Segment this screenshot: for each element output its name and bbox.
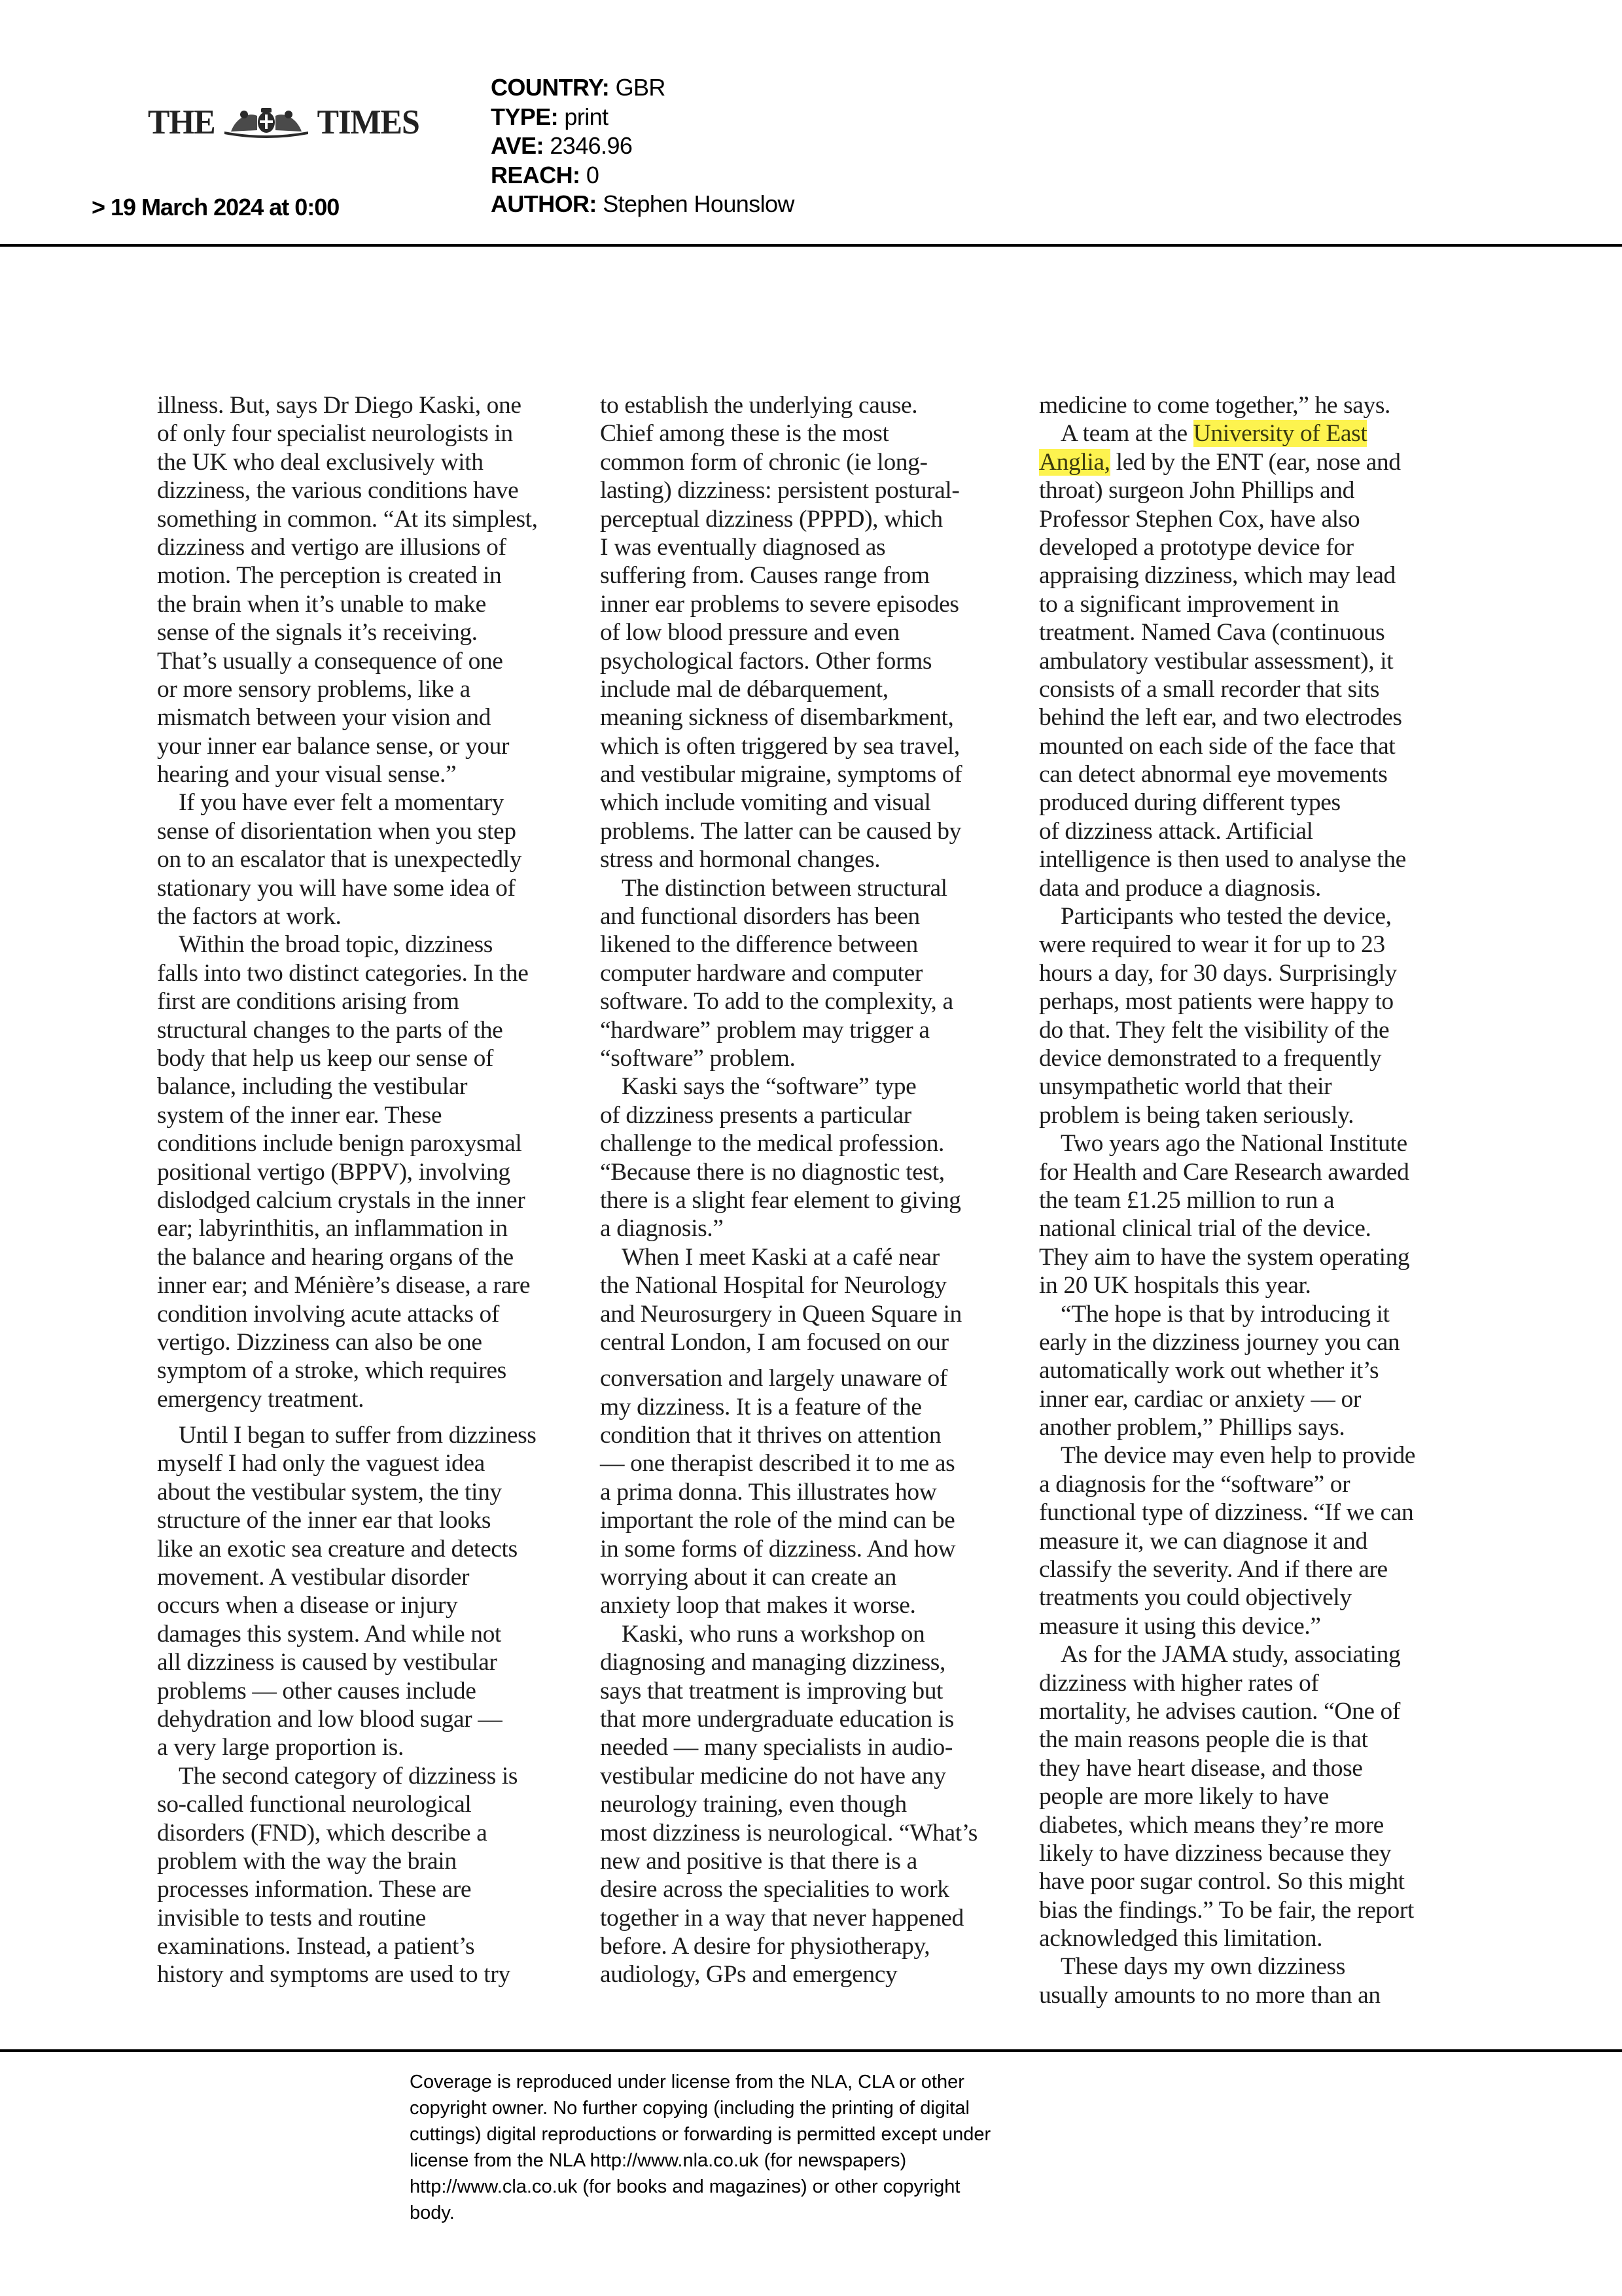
article-text-line: functional type of dizziness. “If we can <box>1039 1498 1471 1527</box>
article-text-line: “Because there is no diagnostic test, <box>600 1158 1032 1186</box>
article-text-line: conditions include benign paroxysmal <box>157 1129 589 1157</box>
article-text-line: a diagnosis.” <box>600 1214 1032 1243</box>
text-run: first are conditions arising from <box>157 988 459 1015</box>
text-run: structure of the inner ear that looks <box>157 1507 491 1534</box>
text-run: condition involving acute attacks of <box>157 1301 499 1328</box>
text-run: or more sensory problems, like a <box>157 676 470 703</box>
text-run: stationary you will have some idea of <box>157 875 516 902</box>
text-run: for Health and Care Research awarded <box>1039 1159 1409 1186</box>
text-run: software. To add to the complexity, a <box>600 988 953 1015</box>
text-run: the National Hospital for Neurology <box>600 1272 947 1299</box>
text-run: the team £1.25 million to run a <box>1039 1187 1334 1214</box>
text-run: all dizziness is caused by vestibular <box>157 1649 497 1676</box>
article-text-line: When I meet Kaski at a café near <box>600 1243 1032 1271</box>
article-text-line: the balance and hearing organs of the <box>157 1243 589 1271</box>
article-text-line: do that. They felt the visibility of the <box>1039 1016 1471 1044</box>
article-text-line: they have heart disease, and those <box>1039 1754 1471 1782</box>
article-text-line: can detect abnormal eye movements <box>1039 760 1471 788</box>
text-run: dehydration and low blood sugar — <box>157 1706 502 1733</box>
text-run: — one therapist described it to me as <box>600 1450 955 1477</box>
article-text-line: early in the dizziness journey you can <box>1039 1328 1471 1356</box>
article-text-line: automatically work out whether it’s <box>1039 1356 1471 1385</box>
article-text-line: classify the severity. And if there are <box>1039 1555 1471 1583</box>
article-text-line: common form of chronic (ie long- <box>600 448 1032 476</box>
article-text-line: unsympathetic world that their <box>1039 1072 1471 1101</box>
copyright-line: license from the NLA http://www.nla.co.u… <box>410 2147 1129 2174</box>
paragraph-gap <box>600 1356 1032 1364</box>
article-text-line: If you have ever felt a momentary <box>157 788 589 817</box>
text-run: of low blood pressure and even <box>600 619 900 646</box>
text-run: Participants who tested the device, <box>1061 903 1392 930</box>
text-run: so-called functional neurological <box>157 1791 471 1818</box>
article-text-line: to a significant improvement in <box>1039 590 1471 618</box>
article-text-line: system of the inner ear. These <box>157 1101 589 1129</box>
article-text-line: to establish the underlying cause. <box>600 391 1032 419</box>
text-run: conditions include benign paroxysmal <box>157 1130 521 1157</box>
text-run: meaning sickness of disembarkment, <box>600 704 953 731</box>
text-run: processes information. These are <box>157 1876 471 1903</box>
text-run: sense of the signals it’s receiving. <box>157 619 478 646</box>
text-run: early in the dizziness journey you can <box>1039 1329 1400 1356</box>
text-run: new and positive is that there is a <box>600 1848 917 1875</box>
article-text-line: Kaski, who runs a workshop on <box>600 1620 1032 1648</box>
article-text-line: of only four specialist neurologists in <box>157 419 589 448</box>
text-run: When I meet Kaski at a café near <box>622 1244 940 1271</box>
article-text-line: software. To add to the complexity, a <box>600 987 1032 1016</box>
text-run: problem is being taken seriously. <box>1039 1102 1354 1129</box>
text-run: people are more likely to have <box>1039 1783 1329 1810</box>
text-run: A team at the <box>1061 420 1193 447</box>
article-text-line: A team at the University of East <box>1039 419 1471 448</box>
publication-date: > 19 March 2024 at 0:00 <box>92 194 339 221</box>
text-run: system of the inner ear. These <box>157 1102 442 1129</box>
article-text-line: developed a prototype device for <box>1039 533 1471 561</box>
text-run: inner ear, cardiac or anxiety — or <box>1039 1386 1361 1413</box>
article-text-line: bias the findings.” To be fair, the repo… <box>1039 1896 1471 1924</box>
masthead-word-the: THE <box>148 105 215 139</box>
article-text-line: inner ear; and Ménière’s disease, a rare <box>157 1271 589 1299</box>
article-text-line: The distinction between structural <box>600 874 1032 902</box>
text-run: together in a way that never happened <box>600 1905 964 1932</box>
text-run: The second category of dizziness is <box>179 1763 518 1790</box>
article-text-line: the factors at work. <box>157 902 589 930</box>
article-text-line: movement. A vestibular disorder <box>157 1563 589 1591</box>
article-text-line: motion. The perception is created in <box>157 561 589 590</box>
article-text-line: acknowledged this limitation. <box>1039 1924 1471 1952</box>
text-run: acknowledged this limitation. <box>1039 1925 1322 1952</box>
text-run: anxiety loop that makes it worse. <box>600 1592 916 1619</box>
article-text-line: about the vestibular system, the tiny <box>157 1478 589 1506</box>
text-run: ear; labyrinthitis, an inflammation in <box>157 1215 508 1242</box>
article-text-line: lasting) dizziness: persistent postural- <box>600 476 1032 504</box>
text-run: developed a prototype device for <box>1039 534 1354 561</box>
text-run: the UK who deal exclusively with <box>157 449 484 476</box>
text-run: on to an escalator that is unexpectedly <box>157 846 521 873</box>
highlighted-text: Anglia, <box>1039 449 1110 476</box>
article-text-line: says that treatment is improving but <box>600 1677 1032 1705</box>
article-text-line: meaning sickness of disembarkment, <box>600 703 1032 732</box>
article-text-line: or more sensory problems, like a <box>157 675 589 703</box>
article-text-line: condition involving acute attacks of <box>157 1300 589 1328</box>
article-text-line: of dizziness attack. Artificial <box>1039 817 1471 845</box>
article-text-line: first are conditions arising from <box>157 987 589 1016</box>
article-text-line: structure of the inner ear that looks <box>157 1506 589 1534</box>
article-text-line: computer hardware and computer <box>600 959 1032 987</box>
meta-label: AUTHOR: <box>491 190 597 217</box>
article-text-line: something in common. “At its simplest, <box>157 505 589 533</box>
text-run: illness. But, says Dr Diego Kaski, one <box>157 392 521 419</box>
text-run: dizziness and vertigo are illusions of <box>157 534 506 561</box>
text-run: positional vertigo (BPPV), involving <box>157 1159 510 1186</box>
text-run: If you have ever felt a momentary <box>179 789 504 816</box>
article-text-line: challenge to the medical profession. <box>600 1129 1032 1157</box>
article-text-line: central London, I am focused on our <box>600 1328 1032 1356</box>
text-run: before. A desire for physiotherapy, <box>600 1933 930 1960</box>
article-text-line: treatments you could objectively <box>1039 1583 1471 1612</box>
text-run: That’s usually a consequence of one <box>157 648 503 675</box>
text-run: Within the broad topic, dizziness <box>179 931 493 958</box>
article-text-line: — one therapist described it to me as <box>600 1449 1032 1477</box>
article-text-line: all dizziness is caused by vestibular <box>157 1648 589 1676</box>
text-run: my dizziness. It is a feature of the <box>600 1394 922 1421</box>
article-text-line: likely to have dizziness because they <box>1039 1839 1471 1867</box>
article-text-line: history and symptoms are used to try <box>157 1960 589 1988</box>
article-text-line: stress and hormonal changes. <box>600 845 1032 874</box>
article-text-line: emergency treatment. <box>157 1385 589 1413</box>
text-run: stress and hormonal changes. <box>600 846 880 873</box>
text-run: dislodged calcium crystals in the inner <box>157 1187 525 1214</box>
article-text-line: of dizziness presents a particular <box>600 1101 1032 1129</box>
text-run: bias the findings.” To be fair, the repo… <box>1039 1897 1414 1924</box>
text-run: likened to the difference between <box>600 931 918 958</box>
text-run: which is often triggered by sea travel, <box>600 733 960 760</box>
text-run: myself I had only the vaguest idea <box>157 1450 485 1477</box>
article-text-line: throat) surgeon John Phillips and <box>1039 476 1471 504</box>
text-run: problems. The latter can be caused by <box>600 818 961 845</box>
text-run: in 20 UK hospitals this year. <box>1039 1272 1311 1299</box>
article-text-line: dizziness with higher rates of <box>1039 1669 1471 1697</box>
text-run: says that treatment is improving but <box>600 1678 943 1704</box>
meta-label: AVE: <box>491 132 544 159</box>
text-run: include mal de débarquement, <box>600 676 889 703</box>
article-text-line: desire across the specialities to work <box>600 1875 1032 1903</box>
article-text-line: a diagnosis for the “software” or <box>1039 1470 1471 1498</box>
text-run: another problem,” Phillips says. <box>1039 1414 1345 1441</box>
text-run: the balance and hearing organs of the <box>157 1244 514 1271</box>
article-text-line: sense of the signals it’s receiving. <box>157 618 589 646</box>
article-text-line: produced during different types <box>1039 788 1471 817</box>
text-run: symptom of a stroke, which requires <box>157 1357 506 1384</box>
article-text-line: These days my own dizziness <box>1039 1952 1471 1981</box>
text-run: data and produce a diagnosis. <box>1039 875 1321 902</box>
text-run: that more undergraduate education is <box>600 1706 954 1733</box>
article-text-line: which is often triggered by sea travel, <box>600 732 1032 760</box>
text-run: perceptual dizziness (PPPD), which <box>600 506 943 533</box>
article-text-line: condition that it thrives on attention <box>600 1421 1032 1449</box>
article-text-line: before. A desire for physiotherapy, <box>600 1932 1032 1960</box>
text-run: dizziness with higher rates of <box>1039 1670 1318 1697</box>
text-run: to a significant improvement in <box>1039 591 1339 618</box>
article-text-line: Participants who tested the device, <box>1039 902 1471 930</box>
article-text-line: anxiety loop that makes it worse. <box>600 1591 1032 1619</box>
article-text-line: As for the JAMA study, associating <box>1039 1640 1471 1669</box>
text-run: functional type of dizziness. “If we can <box>1039 1499 1413 1526</box>
copyright-line: http://www.cla.co.uk (for books and maga… <box>410 2174 1129 2200</box>
text-run: sense of disorientation when you step <box>157 818 516 845</box>
text-run: the factors at work. <box>157 903 341 930</box>
article-text-line: problems — other causes include <box>157 1677 589 1705</box>
text-run: vertigo. Dizziness can also be one <box>157 1329 482 1356</box>
text-run: diagnosing and managing dizziness, <box>600 1649 945 1676</box>
paragraph-gap <box>157 1413 589 1421</box>
text-run: produced during different types <box>1039 789 1341 816</box>
text-run: device demonstrated to a frequently <box>1039 1045 1381 1072</box>
article-text-line: structural changes to the parts of the <box>157 1016 589 1044</box>
article-text-line: like an exotic sea creature and detects <box>157 1535 589 1563</box>
text-run: which include vomiting and visual <box>600 789 930 816</box>
article-text-line: diagnosing and managing dizziness, <box>600 1648 1032 1676</box>
text-run: The device may even help to provide <box>1061 1442 1415 1469</box>
article-text-line: Within the broad topic, dizziness <box>157 930 589 959</box>
article-text-line: needed — many specialists in audio- <box>600 1733 1032 1761</box>
text-run: they have heart disease, and those <box>1039 1755 1363 1782</box>
publication-masthead: THE TIMES <box>148 105 420 139</box>
text-run: challenge to the medical profession. <box>600 1130 944 1157</box>
text-run: your inner ear balance sense, or your <box>157 733 509 760</box>
article-text-line: device demonstrated to a frequently <box>1039 1044 1471 1072</box>
article-text-line: Kaski says the “software” type <box>600 1072 1032 1101</box>
article-text-line: people are more likely to have <box>1039 1782 1471 1810</box>
text-run: perhaps, most patients were happy to <box>1039 988 1394 1015</box>
text-run: mounted on each side of the face that <box>1039 733 1395 760</box>
text-run: falls into two distinct categories. In t… <box>157 960 528 987</box>
meta-value: print <box>564 103 608 130</box>
text-run: measure it, we can diagnose it and <box>1039 1528 1367 1555</box>
text-run: ambulatory vestibular assessment), it <box>1039 648 1393 675</box>
text-run: conversation and largely unaware of <box>600 1365 947 1392</box>
text-run: Until I began to suffer from dizziness <box>179 1422 536 1449</box>
text-run: Two years ago the National Institute <box>1061 1130 1407 1157</box>
text-run: hearing and your visual sense.” <box>157 761 456 788</box>
article-text-line: neurology training, even though <box>600 1790 1032 1818</box>
text-run: mismatch between your vision and <box>157 704 491 731</box>
copyright-line: copyright owner. No further copying (inc… <box>410 2095 1129 2121</box>
article-text-line: intelligence is then used to analyse the <box>1039 845 1471 874</box>
article-text-line: vertigo. Dizziness can also be one <box>157 1328 589 1356</box>
text-run: audiology, GPs and emergency <box>600 1961 897 1988</box>
article-text-line: Anglia, led by the ENT (ear, nose and <box>1039 448 1471 476</box>
text-run: damages this system. And while not <box>157 1621 501 1648</box>
text-run: measure it using this device.” <box>1039 1613 1321 1640</box>
text-run: a prima donna. This illustrates how <box>600 1479 936 1506</box>
copyright-notice: Coverage is reproduced under license fro… <box>410 2069 1129 2226</box>
article-text-line: usually amounts to no more than an <box>1039 1981 1471 2009</box>
article-text-line: positional vertigo (BPPV), involving <box>157 1158 589 1186</box>
text-run: worrying about it can create an <box>600 1564 896 1591</box>
article-text-line: processes information. These are <box>157 1875 589 1903</box>
article-text-line: another problem,” Phillips says. <box>1039 1413 1471 1441</box>
text-run: desire across the specialities to work <box>600 1876 949 1903</box>
text-run: neurology training, even though <box>600 1791 907 1818</box>
article-text-line: problems. The latter can be caused by <box>600 817 1032 845</box>
article-text-line: suffering from. Causes range from <box>600 561 1032 590</box>
article-text-line: which include vomiting and visual <box>600 788 1032 817</box>
text-run: problems — other causes include <box>157 1678 476 1704</box>
text-run: likely to have dizziness because they <box>1039 1840 1391 1867</box>
article-text-line: behind the left ear, and two electrodes <box>1039 703 1471 732</box>
article-text-line: my dizziness. It is a feature of the <box>600 1393 1032 1421</box>
article-text-line: mortality, he advises caution. “One of <box>1039 1697 1471 1725</box>
article-text-line: inner ear problems to severe episodes <box>600 590 1032 618</box>
article-text-line: perceptual dizziness (PPPD), which <box>600 505 1032 533</box>
article-text-line: diabetes, which means they’re more <box>1039 1811 1471 1839</box>
article-text-line: measure it, we can diagnose it and <box>1039 1527 1471 1555</box>
text-run: national clinical trial of the device. <box>1039 1215 1371 1242</box>
article-text-line: of low blood pressure and even <box>600 618 1032 646</box>
masthead-word-times: TIMES <box>317 105 419 139</box>
article-text-line: perhaps, most patients were happy to <box>1039 987 1471 1016</box>
article-text-line: the main reasons people die is that <box>1039 1725 1471 1754</box>
text-run: Kaski, who runs a workshop on <box>622 1621 925 1648</box>
article-text-line: ambulatory vestibular assessment), it <box>1039 647 1471 675</box>
meta-value: 2346.96 <box>550 132 632 159</box>
text-run: like an exotic sea creature and detects <box>157 1536 518 1563</box>
metadata-block: COUNTRY: GBR TYPE: print AVE: 2346.96 RE… <box>491 73 794 219</box>
text-run: inner ear; and Ménière’s disease, a rare <box>157 1272 530 1299</box>
article-text-line: your inner ear balance sense, or your <box>157 732 589 760</box>
article-text-line: dizziness and vertigo are illusions of <box>157 533 589 561</box>
text-run: of dizziness presents a particular <box>600 1102 911 1129</box>
text-run: most dizziness is neurological. “What’s <box>600 1820 978 1846</box>
copyright-line: Coverage is reproduced under license fro… <box>410 2069 1129 2095</box>
article-text-line: important the role of the mind can be <box>600 1506 1032 1534</box>
article-text-line: and functional disorders has been <box>600 902 1032 930</box>
text-run: central London, I am focused on our <box>600 1329 949 1356</box>
header-divider <box>0 244 1622 247</box>
text-run: a diagnosis for the “software” or <box>1039 1471 1350 1498</box>
article-text-line: mounted on each side of the face that <box>1039 732 1471 760</box>
article-text-line: have poor sugar control. So this might <box>1039 1867 1471 1896</box>
text-run: “hardware” problem may trigger a <box>600 1017 930 1044</box>
article-text-line: Two years ago the National Institute <box>1039 1129 1471 1157</box>
text-run: have poor sugar control. So this might <box>1039 1868 1405 1895</box>
article-text-line: “software” problem. <box>600 1044 1032 1072</box>
text-run: were required to wear it for up to 23 <box>1039 931 1385 958</box>
article-text-line: in 20 UK hospitals this year. <box>1039 1271 1471 1299</box>
text-run: condition that it thrives on attention <box>600 1422 941 1449</box>
article-text-line: symptom of a stroke, which requires <box>157 1356 589 1385</box>
text-run: “The hope is that by introducing it <box>1061 1301 1390 1328</box>
text-run: and vestibular migraine, symptoms of <box>600 761 962 788</box>
article-text-line: invisible to tests and routine <box>157 1904 589 1932</box>
article-text-line: body that help us keep our sense of <box>157 1044 589 1072</box>
text-run: lasting) dizziness: persistent postural- <box>600 477 960 504</box>
text-run: I was eventually diagnosed as <box>600 534 885 561</box>
text-run: and Neurosurgery in Queen Square in <box>600 1301 962 1328</box>
text-run: a diagnosis.” <box>600 1215 724 1242</box>
article-text-line: a prima donna. This illustrates how <box>600 1478 1032 1506</box>
text-run: motion. The perception is created in <box>157 562 501 589</box>
article-text-line: for Health and Care Research awarded <box>1039 1158 1471 1186</box>
text-run: dizziness, the various conditions have <box>157 477 518 504</box>
article-text-line: in some forms of dizziness. And how <box>600 1535 1032 1563</box>
article-text-line: dislodged calcium crystals in the inner <box>157 1186 589 1214</box>
text-run: needed — many specialists in audio- <box>600 1734 953 1761</box>
text-run: unsympathetic world that their <box>1039 1073 1331 1100</box>
meta-value: 0 <box>586 162 599 188</box>
article-text-line: ear; labyrinthitis, an inflammation in <box>157 1214 589 1243</box>
meta-type: TYPE: print <box>491 103 794 132</box>
text-run: disorders (FND), which describe a <box>157 1820 487 1846</box>
text-run: structural changes to the parts of the <box>157 1017 502 1044</box>
text-run: classify the severity. And if there are <box>1039 1556 1388 1583</box>
text-run: there is a slight fear element to giving <box>600 1187 961 1214</box>
article-text-line: vestibular medicine do not have any <box>600 1762 1032 1790</box>
royal-coat-of-arms-icon <box>218 105 315 138</box>
text-run: As for the JAMA study, associating <box>1061 1641 1400 1668</box>
article-text-line: disorders (FND), which describe a <box>157 1819 589 1847</box>
article-text-line: so-called functional neurological <box>157 1790 589 1818</box>
article-text-line: stationary you will have some idea of <box>157 874 589 902</box>
text-run: and functional disorders has been <box>600 903 920 930</box>
text-run: problem with the way the brain <box>157 1848 457 1875</box>
text-run: inner ear problems to severe episodes <box>600 591 959 618</box>
article-text-line: on to an escalator that is unexpectedly <box>157 845 589 874</box>
article-text-line: audiology, GPs and emergency <box>600 1960 1032 1988</box>
article-text-line: damages this system. And while not <box>157 1620 589 1648</box>
copyright-line: cuttings) digital reproductions or forwa… <box>410 2121 1129 2147</box>
text-run: something in common. “At its simplest, <box>157 506 538 533</box>
article-text-line: The second category of dizziness is <box>157 1762 589 1790</box>
article-text-line: and vestibular migraine, symptoms of <box>600 760 1032 788</box>
article-text-line: myself I had only the vaguest idea <box>157 1449 589 1477</box>
text-run: Kaski says the “software” type <box>622 1073 916 1100</box>
article-text-line: medicine to come together,” he says. <box>1039 391 1471 419</box>
article-text-line: mismatch between your vision and <box>157 703 589 732</box>
text-run: medicine to come together,” he says. <box>1039 392 1390 419</box>
article-text-line: “hardware” problem may trigger a <box>600 1016 1032 1044</box>
text-run: behind the left ear, and two electrodes <box>1039 704 1402 731</box>
text-run: diabetes, which means they’re more <box>1039 1812 1384 1839</box>
article-text-line: hearing and your visual sense.” <box>157 760 589 788</box>
article-text-line: inner ear, cardiac or anxiety — or <box>1039 1385 1471 1413</box>
article-text-line: Until I began to suffer from dizziness <box>157 1421 589 1449</box>
text-run: They aim to have the system operating <box>1039 1244 1409 1271</box>
text-run: These days my own dizziness <box>1061 1953 1345 1980</box>
text-run: throat) surgeon John Phillips and <box>1039 477 1354 504</box>
article-text-line: include mal de débarquement, <box>600 675 1032 703</box>
text-run: the brain when it’s unable to make <box>157 591 486 618</box>
text-run: intelligence is then used to analyse the <box>1039 846 1406 873</box>
article-text-line: conversation and largely unaware of <box>600 1364 1032 1392</box>
article-text-line: most dizziness is neurological. “What’s <box>600 1819 1032 1847</box>
text-run: The distinction between structural <box>622 875 947 902</box>
article-text-line: hours a day, for 30 days. Surprisingly <box>1039 959 1471 987</box>
text-run: automatically work out whether it’s <box>1039 1357 1379 1384</box>
text-run: body that help us keep our sense of <box>157 1045 493 1072</box>
article-text-line: illness. But, says Dr Diego Kaski, one <box>157 391 589 419</box>
text-run: the main reasons people die is that <box>1039 1726 1368 1753</box>
text-run: to establish the underlying cause. <box>600 392 917 419</box>
article-text-line: national clinical trial of the device. <box>1039 1214 1471 1243</box>
article-text-line: They aim to have the system operating <box>1039 1243 1471 1271</box>
article-text-line: that more undergraduate education is <box>600 1705 1032 1733</box>
text-run: emergency treatment. <box>157 1386 364 1413</box>
article-text-line: data and produce a diagnosis. <box>1039 874 1471 902</box>
text-run: vestibular medicine do not have any <box>600 1763 946 1790</box>
text-run: mortality, he advises caution. “One of <box>1039 1698 1400 1725</box>
meta-reach: REACH: 0 <box>491 161 794 190</box>
